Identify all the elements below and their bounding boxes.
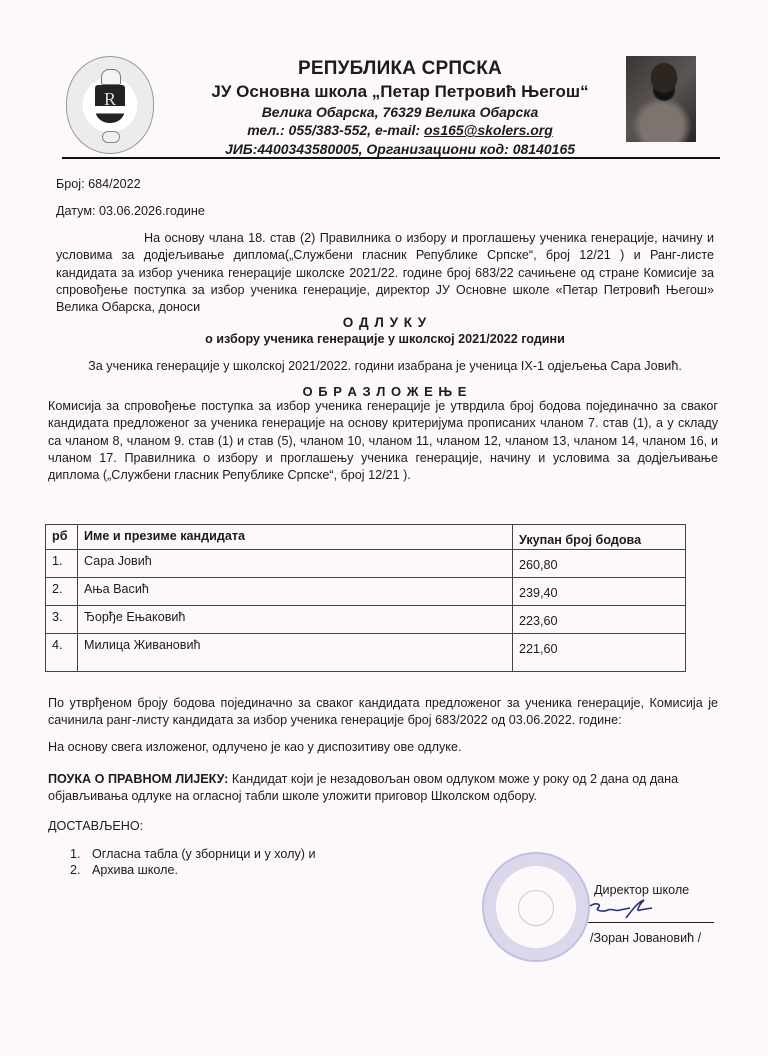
portrait-image-icon [626,56,696,142]
header-divider [62,157,720,159]
delivered-item: 1.Огласна табла (у зборници и у холу) и [70,846,81,863]
decision-subtitle: о избору ученика генерације у школској 2… [56,331,714,348]
cell-name: Ђорђе Ењаковић [78,606,513,634]
school-address: Велика Обарска, 76329 Велика Обарска [190,104,610,120]
handwritten-signature-icon [586,898,656,920]
preamble-paragraph: На основу члана 18. став (2) Правилника … [56,230,714,316]
cell-rb: 3. [46,606,78,634]
shield-icon: R [95,85,125,123]
signature-role: Директор школе [594,882,689,899]
delivered-item: 2.Архива школе. [70,862,81,879]
school-stamp-icon [482,852,590,962]
table-row: 2. Ања Васић 239,40 [46,578,686,606]
cell-points: 221,60 [513,634,686,672]
director-name: /Зоран Јовановић / [590,930,701,947]
delivered-item-text: Архива школе. [92,862,178,879]
registration-ids: ЈИБ:4400343580005, Организациони код: 08… [190,141,610,157]
table-header-row: рб Име и презиме кандидата Укупан број б… [46,525,686,550]
column-header-rb: рб [46,525,78,550]
column-header-points: Укупан број бодова [513,525,686,550]
crown-bottom-icon [102,131,120,143]
delivered-item-number: 1. [70,847,81,861]
cell-name: Сара Јовић [78,550,513,578]
decision-title: О Д Л У К У [56,314,714,331]
table-row: 4. Милица Живановић 221,60 [46,634,686,672]
ranking-paragraph: По утврђеном броју бодова појединачно за… [48,695,718,730]
cell-points: 223,60 [513,606,686,634]
phone-text: тел.: 055/383-552, e-mail: [247,122,424,138]
conclusion-text: На основу свега изложеног, одлучено је к… [48,739,461,756]
email-link[interactable]: os165@skolers.org [424,122,553,138]
school-name: ЈУ Основна школа „Петар Петровић Његош“ [190,82,610,102]
candidates-table: рб Име и презиме кандидата Укупан број б… [45,524,686,672]
document-date: Датум: 03.06.2026.године [56,203,205,220]
letterhead-title: РЕПУБЛИКА СРПСКА [190,58,610,80]
legal-remedy-paragraph: ПОУКА О ПРАВНОМ ЛИЈЕКУ: Кандидат који је… [48,771,688,806]
crown-icon [101,69,121,85]
column-header-name: Име и презиме кандидата [78,525,513,550]
signature-line [588,922,714,923]
delivered-item-number: 2. [70,863,81,877]
legal-remedy-label: ПОУКА О ПРАВНОМ ЛИЈЕКУ: [48,772,228,786]
cell-name: Ања Васић [78,578,513,606]
coat-of-arms-logo-icon: R [66,56,154,154]
cell-points: 239,40 [513,578,686,606]
cell-rb: 4. [46,634,78,672]
table-row: 3. Ђорђе Ењаковић 223,60 [46,606,686,634]
reasoning-paragraph: Комисија за спровођење поступка за избор… [48,398,718,484]
document-number: Број: 684/2022 [56,176,141,193]
delivered-item-text: Огласна табла (у зборници и у холу) и [92,846,316,863]
cell-name: Милица Живановић [78,634,513,672]
contact-line: тел.: 055/383-552, e-mail: os165@skolers… [190,122,610,138]
table-row: 1. Сара Јовић 260,80 [46,550,686,578]
cell-rb: 1. [46,550,78,578]
stamp-center-icon [518,890,554,926]
cell-rb: 2. [46,578,78,606]
cell-points: 260,80 [513,550,686,578]
decision-statement: За ученика генерације у школској 2021/20… [56,358,714,375]
delivered-label: ДОСТАВЉЕНО: [48,818,143,835]
